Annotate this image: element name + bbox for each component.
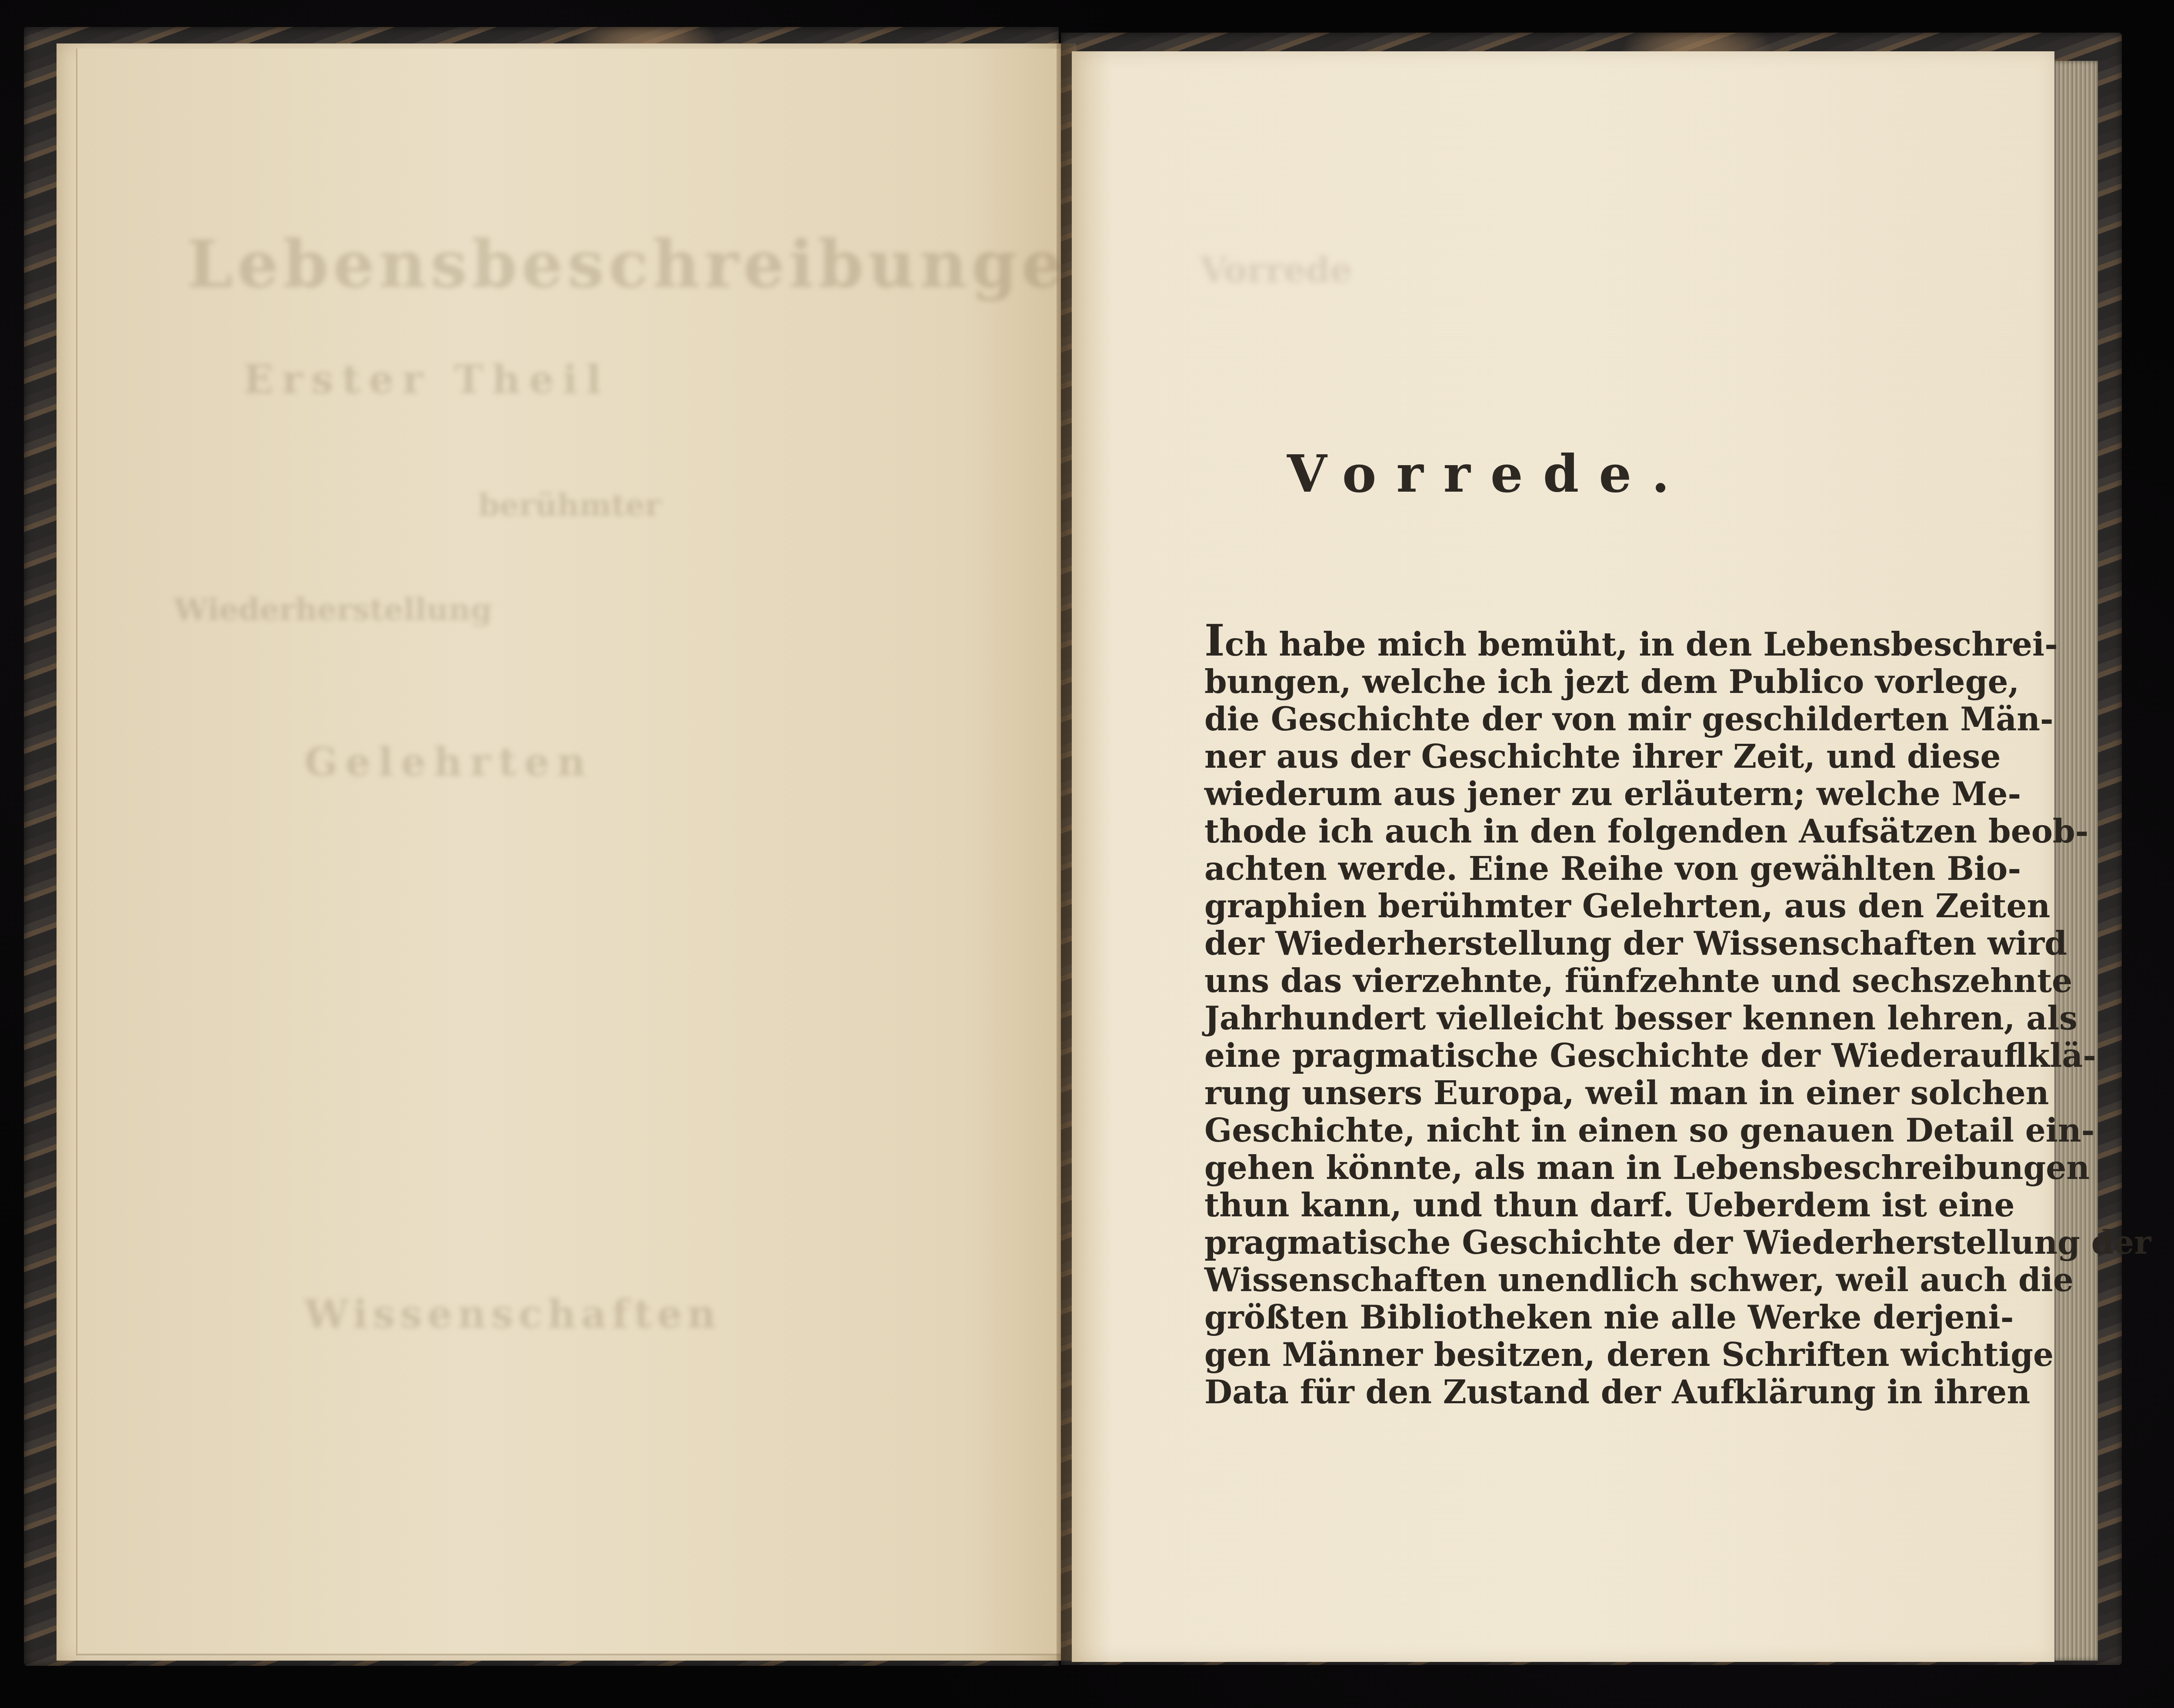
text-line: Data für den Zustand der Aufklärung in i… bbox=[1204, 1374, 1872, 1411]
text-line: ner aus der Geschichte ihrer Zeit, und d… bbox=[1204, 738, 1872, 776]
text-line: thun kann, und thun darf. Ueberdem ist e… bbox=[1204, 1187, 1872, 1224]
page-title: Vorrede. bbox=[1287, 443, 1678, 504]
bleed-through-text: Wiederherstellung bbox=[174, 591, 492, 627]
text-line: eine pragmatische Geschichte der Wiedera… bbox=[1204, 1037, 1872, 1075]
page-block-fore-edge bbox=[2054, 61, 2098, 1661]
bleed-through-text: berühmter bbox=[478, 487, 661, 523]
text-line: Ich habe mich bemüht, in den Lebensbesch… bbox=[1204, 622, 1872, 663]
bleed-through-text: Erster Theil bbox=[243, 356, 610, 403]
bleed-through-text: Gelehrten bbox=[304, 739, 594, 785]
text-line: die Geschichte der von mir geschilderten… bbox=[1204, 701, 1872, 738]
text-line: gehen könnte, als man in Lebensbeschreib… bbox=[1204, 1149, 1872, 1187]
text-line: wiederum aus jener zu erläutern; welche … bbox=[1204, 776, 1872, 813]
body-text: Ich habe mich bemüht, in den Lebensbesch… bbox=[1204, 622, 1872, 1411]
text-line: größten Bibliotheken nie alle Werke derj… bbox=[1204, 1299, 1872, 1336]
text-line: thode ich auch in den folgenden Aufsätze… bbox=[1204, 813, 1872, 850]
text-line: Jahrhundert vielleicht besser kennen leh… bbox=[1204, 1000, 1872, 1037]
bleed-through-text-right: Vorrede bbox=[1200, 252, 1896, 288]
text-line: Geschichte, nicht in einen so genauen De… bbox=[1204, 1112, 1872, 1149]
text-line: pragmatische Geschichte der Wiederherste… bbox=[1204, 1224, 1872, 1262]
text-line: der Wiederherstellung der Wissenschaften… bbox=[1204, 925, 1872, 962]
text-line: gen Männer besitzen, deren Schriften wic… bbox=[1204, 1336, 1872, 1374]
bleed-through-text: Wissenschaften bbox=[304, 1291, 721, 1337]
bleed-through-text: Lebensbeschreibungen bbox=[187, 226, 1119, 303]
text-line: uns das vierzehnte, fünfzehnte und sechs… bbox=[1204, 962, 1872, 1000]
text-line: bungen, welche ich jezt dem Publico vorl… bbox=[1204, 663, 1872, 701]
text-line: rung unsers Europa, weil man in einer so… bbox=[1204, 1075, 1872, 1112]
text-line: Wissenschaften unendlich schwer, weil au… bbox=[1204, 1262, 1872, 1299]
text-line: graphien berühmter Gelehrten, aus den Ze… bbox=[1204, 888, 1872, 925]
text-line: achten werde. Eine Reihe von gewählten B… bbox=[1204, 850, 1872, 888]
